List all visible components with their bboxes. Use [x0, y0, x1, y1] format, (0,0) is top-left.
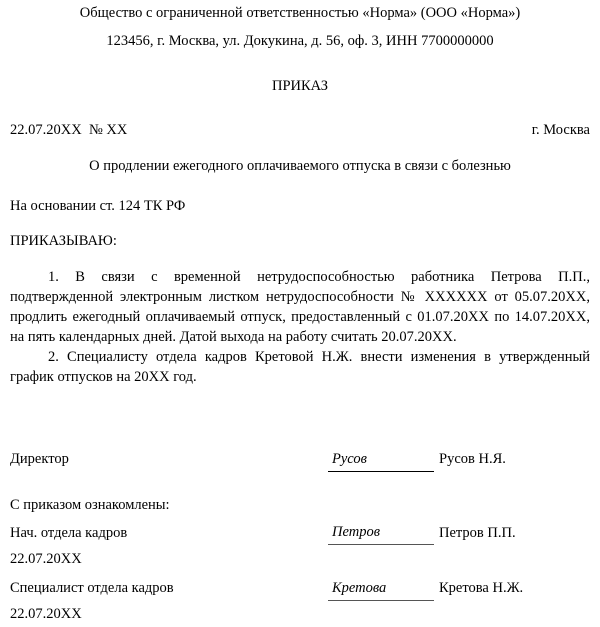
organization-address: 123456, г. Москва, ул. Докукина, д. 56, … — [0, 33, 600, 50]
ack-1-signature-line: Петров — [328, 524, 434, 545]
ack-1-signature: Петров — [332, 524, 380, 541]
document-title: ПРИКАЗ — [0, 78, 600, 95]
order-city: г. Москва — [532, 122, 590, 139]
director-signature: Русов — [332, 451, 367, 468]
order-item-1: 1. В связи с временной нетрудоспособност… — [10, 267, 590, 347]
ack-2-name: Кретова Н.Ж. — [439, 580, 523, 597]
ack-1-position: Нач. отдела кадров — [10, 525, 127, 542]
order-word: ПРИКАЗЫВАЮ: — [10, 233, 117, 250]
order-date-number: 22.07.20XX № XX — [10, 122, 127, 139]
director-signature-line: Русов — [328, 451, 434, 472]
ack-2-signature: Кретова — [332, 580, 386, 597]
acknowledged-label: С приказом ознакомлены: — [10, 497, 170, 514]
ack-1-name: Петров П.П. — [439, 525, 516, 542]
order-subject: О продлении ежегодного оплачиваемого отп… — [0, 158, 600, 175]
director-position: Директор — [10, 451, 69, 468]
ack-2-signature-line: Кретова — [328, 580, 434, 601]
order-basis: На основании ст. 124 ТК РФ — [10, 198, 185, 215]
director-name: Русов Н.Я. — [439, 451, 506, 468]
ack-2-position: Специалист отдела кадров — [10, 580, 174, 597]
organization-name: Общество с ограниченной ответственностью… — [0, 5, 600, 22]
ack-2-date: 22.07.20XX — [10, 606, 82, 623]
order-item-2: 2. Специалисту отдела кадров Кретовой Н.… — [10, 347, 590, 387]
ack-1-date: 22.07.20XX — [10, 551, 82, 568]
